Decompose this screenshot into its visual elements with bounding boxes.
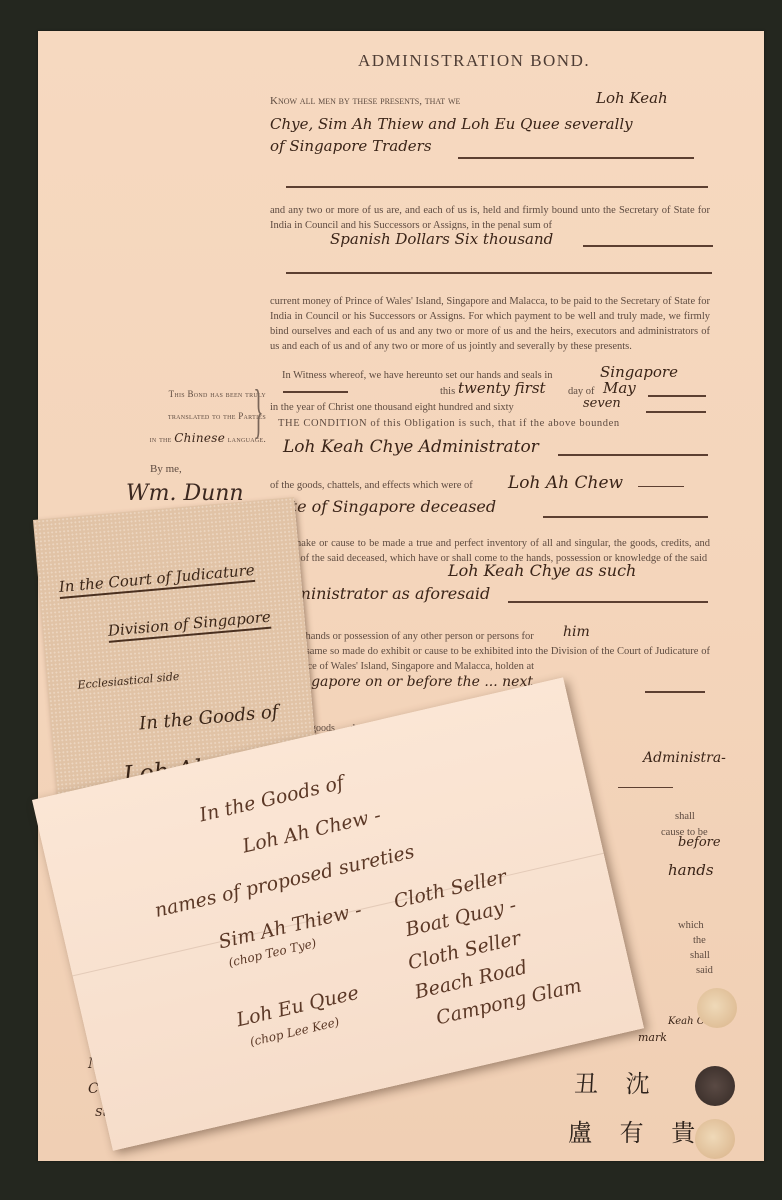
deceased-line: late of Singapore deceased (276, 497, 496, 516)
right-fragment: shall (690, 948, 710, 963)
fill-rule (286, 272, 712, 274)
right-fragment: which (678, 918, 704, 933)
court-card-line3: Ecclesiastical side (77, 670, 180, 692)
wax-seal-2 (695, 1066, 735, 1106)
fill-rule (508, 601, 708, 603)
condition-text: THE CONDITION of this Obligation is such… (278, 416, 710, 431)
language-handwritten: Chinese (174, 431, 225, 445)
fill-rule (286, 186, 708, 188)
fill-rule (458, 157, 694, 159)
right-fragment: the (693, 933, 706, 948)
currency-text: current money of Prince of Wales' Island… (270, 294, 710, 354)
holden-value: Singapore on or before the ... next (288, 674, 533, 690)
intro-text: Know all men by these presents, that we (270, 94, 460, 109)
fill-rule (543, 516, 708, 518)
administrator-line: Loh Keah Chye Administrator (283, 437, 539, 457)
court-card-line4: In the Goods of (138, 701, 279, 734)
right-fragment: before (678, 835, 721, 850)
wax-seal-1 (697, 988, 737, 1028)
administra-value: Administra- (643, 750, 726, 766)
chinese-signature-row2: 盧 有 貴 (568, 1113, 705, 1148)
fill-rule (283, 391, 348, 393)
translation-note-line3: in the Chinese language. (76, 427, 266, 450)
translation-note: This Bond has been truly translated to t… (76, 383, 266, 450)
bound-text: and any two or more of us are, and each … (270, 203, 710, 233)
inventory-name: Loh Keah Chye as such (448, 561, 636, 580)
fill-rule (558, 454, 708, 456)
right-fragment: shall (675, 809, 695, 824)
obligors-line2: Chye, Sim Ah Thiew and Loh Eu Quee sever… (270, 115, 633, 133)
translation-note-line2: translated to the Parties (76, 405, 266, 427)
wax-seal-3 (695, 1119, 735, 1159)
inventory-name-line2: Administrator as aforesaid (274, 584, 490, 603)
year-value: seven (583, 396, 621, 411)
mark-text: mark (638, 1031, 667, 1044)
penal-sum: Spanish Dollars Six thousand (330, 230, 553, 248)
note-line3: names of proposed sureties (153, 841, 417, 922)
court-card-line2: Division of Singapore (107, 608, 272, 643)
exhibit-text: the same so made do exhibit or cause to … (290, 644, 710, 674)
month-value: May (603, 379, 636, 397)
fill-rule (638, 486, 684, 487)
day-value: twenty first (458, 379, 546, 397)
bond-title: ADMINISTRATION BOND. (358, 51, 590, 71)
fill-rule (646, 411, 706, 413)
brace-icon: } (253, 381, 263, 441)
chinese-signature-row1: 丑 沈 (574, 1064, 660, 1099)
deceased-name: Loh Ah Chew (508, 473, 623, 493)
fill-rule (645, 691, 705, 693)
right-fragment: said (696, 963, 713, 978)
obligors-line1: Loh Keah (596, 89, 668, 107)
hands-text: the hands or possession of any other per… (290, 629, 534, 644)
fill-rule (583, 245, 713, 247)
right-fragment: hands (668, 861, 714, 879)
goods-text: of the goods, chattels, and effects whic… (270, 478, 473, 493)
obligors-line3: of Singapore Traders (270, 137, 432, 155)
this-label: this (440, 384, 455, 399)
hands-value: him (563, 624, 590, 640)
translation-note-line1: This Bond has been truly (76, 383, 266, 405)
fill-rule (648, 395, 706, 397)
year-text: in the year of Christ one thousand eight… (270, 400, 514, 415)
court-card-line1: In the Court of Judicature (58, 561, 255, 599)
by-me-label: By me, (150, 463, 182, 475)
fill-rule (618, 787, 673, 788)
